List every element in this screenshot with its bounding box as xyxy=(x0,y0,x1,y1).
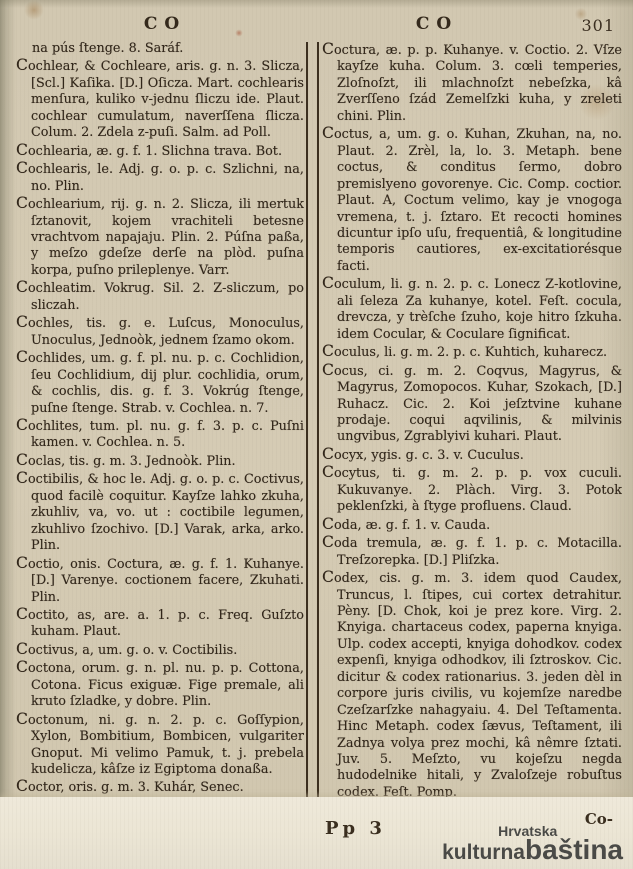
dictionary-entry: Coda tremula, æ. g. f. 1. p. c. Motacill… xyxy=(322,534,622,569)
dictionary-entry: Cocus, ci. g. m. 2. Coqvus, Magyrus, & M… xyxy=(322,362,622,446)
dictionary-entry: Cochlear, & Cochleare, aris. g. n. 3. Sl… xyxy=(16,57,304,141)
dictionary-entry: Coctus, a, um. g. o. Kuhan, Zkuhan, na, … xyxy=(322,125,622,275)
gathering-signature: Pp 3 xyxy=(325,818,386,839)
dictionary-entry: Cochlearium, rij. g. n. 2. Slicza, ili m… xyxy=(16,195,304,279)
dictionary-entry: Cocytus, ti. g. m. 2. p. p. vox cuculi. … xyxy=(322,464,622,515)
dictionary-entry: Coctito, as, are. a. 1. p. c. Freq. Guſz… xyxy=(16,606,304,641)
watermark-bastina: baština xyxy=(525,834,623,865)
dictionary-entry: Coctor, oris. g. m. 3. Kuhár, Senec. xyxy=(16,778,304,796)
running-header-right: CO xyxy=(402,14,472,34)
dictionary-entry: Cocyx, ygis. g. c. 3. v. Cuculus. xyxy=(322,446,622,464)
dictionary-entry: Coctura, æ. p. p. Kuhanye. v. Coctio. 2.… xyxy=(322,41,622,125)
dictionary-entry: Cochles, tis. g. e. Luſcus, Monoculus, U… xyxy=(16,314,304,349)
column-divider-double-rule xyxy=(306,42,319,814)
watermark-line2: kulturnabaština xyxy=(442,836,623,864)
dictionary-entry: na pús ſtenge. 8. Saráf. xyxy=(16,41,304,57)
dictionary-entry: Cochlites, tum. pl. nu. g. f. 3. p. c. P… xyxy=(16,417,304,452)
right-text-column: Coctura, æ. p. p. Kuhanye. v. Coctio. 2.… xyxy=(322,41,622,815)
dictionary-entry: Cochlearia, æ. g. f. 1. Slichna trava. B… xyxy=(16,142,304,160)
dictionary-entry: Cochlearis, le. Adj. g. o. p. c. Szlichn… xyxy=(16,160,304,195)
running-header-left: CO xyxy=(130,14,200,34)
dictionary-entry: Cochleatim. Vokrug. Sil. 2. Z-sliczum, p… xyxy=(16,279,304,314)
dictionary-entry: Coctibilis, & hoc le. Adj. g. o. p. c. C… xyxy=(16,470,304,554)
dictionary-entry: Coculum, li. g. n. 2. p. c. Lonecz Z-kot… xyxy=(322,275,622,343)
dictionary-entry: Coctivus, a, um. g. o. v. Coctibilis. xyxy=(16,641,304,659)
dictionary-entry: Cochlides, um. g. f. pl. nu. p. c. Cochl… xyxy=(16,349,304,417)
page-number: 301 xyxy=(581,16,615,35)
dictionary-entry: Coctona, orum. g. n. pl. nu. p. p. Cotto… xyxy=(16,659,304,710)
dictionary-entry: Coclas, tis. g. m. 3. Jednoòk. Plin. xyxy=(16,452,304,470)
dictionary-entry: Codex, cis. g. m. 3. idem quod Caudex, T… xyxy=(322,569,622,801)
dictionary-entry: Coctonum, ni. g. n. 2. p. c. Goſſypion, … xyxy=(16,711,304,779)
left-text-column: na pús ſtenge. 8. Saráf. Cochlear, & Coc… xyxy=(16,41,304,803)
scanned-dictionary-page: CO CO 301 na pús ſtenge. 8. Saráf. Cochl… xyxy=(0,0,633,869)
dictionary-entry: Coculus, li. g. m. 2. p. c. Kuhtich, kuh… xyxy=(322,343,622,361)
dictionary-entry: Coda, æ. g. f. 1. v. Cauda. xyxy=(322,516,622,534)
watermark: Hrvatska kulturnabaština xyxy=(442,824,623,864)
dictionary-entry: Coctio, onis. Coctura, æ. g. f. 1. Kuhan… xyxy=(16,555,304,606)
watermark-kulturna: kulturna xyxy=(442,841,525,864)
